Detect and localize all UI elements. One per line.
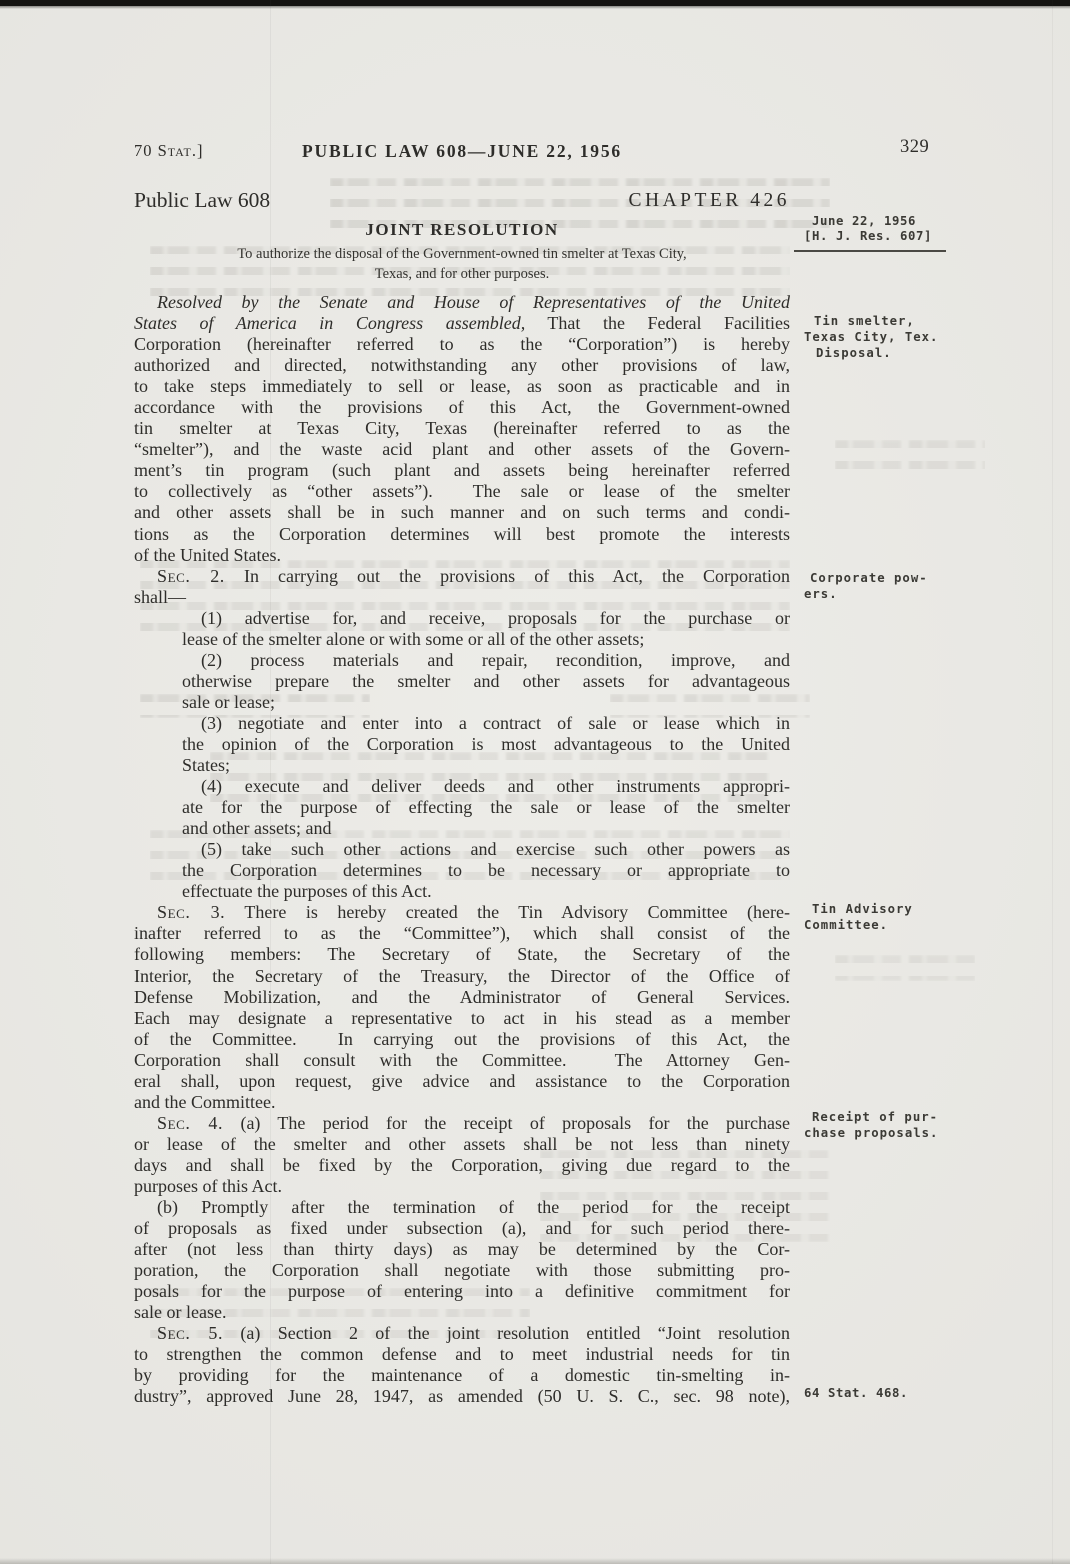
body-line: (b) Promptly after the termination of th… — [134, 1197, 790, 1218]
body-line: and other assets shall be in such manner… — [134, 502, 790, 523]
margin-note-statute-citation: 64 Stat. 468. — [804, 1385, 974, 1401]
body-line: tin smelter at Texas City, Texas (herein… — [134, 418, 790, 439]
body-line: dustry”, approved June 28, 1947, as amen… — [134, 1386, 790, 1407]
body-line: otherwise prepare the smelter and other … — [182, 671, 790, 692]
margin-note-receipt-of-proposals: Receipt of pur- chase proposals. — [804, 1109, 974, 1141]
body-line: Corporation (hereinafter referred to as … — [134, 334, 790, 355]
scan-top-edge-fade — [0, 6, 1070, 9]
body-line: and other assets; and — [182, 818, 790, 839]
public-law-label: Public Law 608 — [134, 188, 270, 213]
body-line: of the Committee. In carrying out the pr… — [134, 1029, 790, 1050]
body-line: Resolved by the Senate and House of Repr… — [134, 292, 790, 313]
margin-note-line: chase proposals. — [804, 1125, 974, 1141]
body-line: (4) execute and deliver deeds and other … — [182, 776, 790, 797]
headnote: To authorize the disposal of the Governm… — [134, 244, 790, 284]
headnote-line: Texas, and for other purposes. — [134, 264, 790, 284]
running-head-title: PUBLIC LAW 608—JUNE 22, 1956 — [134, 141, 790, 162]
body-line: Defense Mobilization, and the Administra… — [134, 987, 790, 1008]
body-line: (3) negotiate and enter into a contract … — [182, 713, 790, 734]
body-line: States; — [182, 755, 790, 776]
statute-page-scan: 70 Stat.] PUBLIC LAW 608—JUNE 22, 1956 3… — [0, 0, 1070, 1564]
headnote-line: To authorize the disposal of the Governm… — [134, 244, 790, 264]
body-line: the opinion of the Corporation is most a… — [182, 734, 790, 755]
bleed-through-artifact — [835, 955, 975, 981]
margin-note-line: Committee. — [804, 917, 974, 933]
body-line: to strengthen the common defense and to … — [134, 1344, 790, 1365]
body-line: by providing for the maintenance of a do… — [134, 1365, 790, 1386]
body-line: (5) take such other actions and exercise… — [182, 839, 790, 860]
statute-body: Resolved by the Senate and House of Repr… — [134, 292, 790, 1407]
body-line: Interior, the Secretary of the Treasury,… — [134, 966, 790, 987]
body-line: or lease of the smelter and other assets… — [134, 1134, 790, 1155]
body-line: “smelter”), and the waste acid plant and… — [134, 439, 790, 460]
page-number: 329 — [900, 137, 929, 158]
body-line: of proposals as fixed under subsection (… — [134, 1218, 790, 1239]
body-line: following members: The Secretary of Stat… — [134, 944, 790, 965]
body-line: days and shall be fixed by the Corporati… — [134, 1155, 790, 1176]
body-line: tions as the Corporation determines will… — [134, 524, 790, 545]
body-line: ment’s tin program (such plant and asset… — [134, 460, 790, 481]
body-line: Each may designate a representative to a… — [134, 1008, 790, 1029]
body-line: Corporation shall consult with the Commi… — [134, 1050, 790, 1071]
body-line: of the United States. — [134, 545, 790, 566]
body-line: (1) advertise for, and receive, proposal… — [182, 608, 790, 629]
margin-note-tin-advisory-committee: Tin Advisory Committee. — [804, 901, 974, 933]
body-line: inafter referred to as the “Committee”),… — [134, 923, 790, 944]
bleed-through-artifact — [835, 440, 985, 474]
body-line: Sec. 3. There is hereby created the Tin … — [134, 902, 790, 923]
body-line: posals for the purpose of entering into … — [134, 1281, 790, 1302]
body-line: sale or lease; — [182, 692, 790, 713]
body-line: after (not less than thirty days) as may… — [134, 1239, 790, 1260]
margin-note-enactment-date: June 22, 1956 [H. J. Res. 607] — [804, 214, 974, 252]
margin-note-corporate-powers: Corporate pow- ers. — [804, 570, 974, 602]
body-line: to collectively as “other assets”). The … — [134, 481, 790, 502]
enactment-date: June 22, 1956 — [804, 214, 974, 229]
scan-fold-line — [1052, 0, 1053, 1564]
margin-note-line: Disposal. — [804, 345, 974, 361]
chapter-label: CHAPTER 426 — [629, 190, 790, 212]
margin-note-tin-smelter: Tin smelter, Texas City, Tex. Disposal. — [804, 313, 974, 361]
margin-note-line: Tin Advisory — [804, 901, 974, 917]
body-line: accordance with the provisions of this A… — [134, 397, 790, 418]
running-head: 70 Stat.] PUBLIC LAW 608—JUNE 22, 1956 — [134, 141, 790, 163]
margin-note-line: 64 Stat. 468. — [804, 1385, 974, 1401]
enactment-rule — [794, 250, 946, 252]
body-line: Sec. 2. In carrying out the provisions o… — [134, 566, 790, 587]
body-line: and the Committee. — [134, 1092, 790, 1113]
scan-bottom-edge — [0, 1558, 1070, 1564]
body-line: (2) process materials and repair, recond… — [182, 650, 790, 671]
body-line: purposes of this Act. — [134, 1176, 790, 1197]
body-line: ate for the purpose of effecting the sal… — [182, 797, 790, 818]
body-line: sale or lease. — [134, 1302, 790, 1323]
margin-note-line: Receipt of pur- — [804, 1109, 974, 1125]
body-line: States of America in Congress assembled,… — [134, 313, 790, 334]
body-line: Sec. 4. (a) The period for the receipt o… — [134, 1113, 790, 1134]
body-line: shall— — [134, 587, 790, 608]
body-line: Sec. 5. (a) Section 2 of the joint resol… — [134, 1323, 790, 1344]
margin-note-line: ers. — [804, 586, 974, 602]
body-line: the Corporation determines to be necessa… — [182, 860, 790, 881]
body-line: poration, the Corporation shall negotiat… — [134, 1260, 790, 1281]
margin-note-line: Tin smelter, — [804, 313, 974, 329]
law-chapter-row: Public Law 608 CHAPTER 426 — [134, 188, 790, 214]
body-line: authorized and directed, notwithstanding… — [134, 355, 790, 376]
body-line: eral shall, upon request, give advice an… — [134, 1071, 790, 1092]
margin-note-line: Texas City, Tex. — [804, 329, 974, 345]
body-line: effectuate the purposes of this Act. — [182, 881, 790, 902]
margin-note-line: Corporate pow- — [804, 570, 974, 586]
body-line: lease of the smelter alone or with some … — [182, 629, 790, 650]
resolution-number: [H. J. Res. 607] — [804, 229, 974, 244]
joint-resolution-heading: JOINT RESOLUTION — [134, 220, 790, 240]
body-line: to take steps immediately to sell or lea… — [134, 376, 790, 397]
